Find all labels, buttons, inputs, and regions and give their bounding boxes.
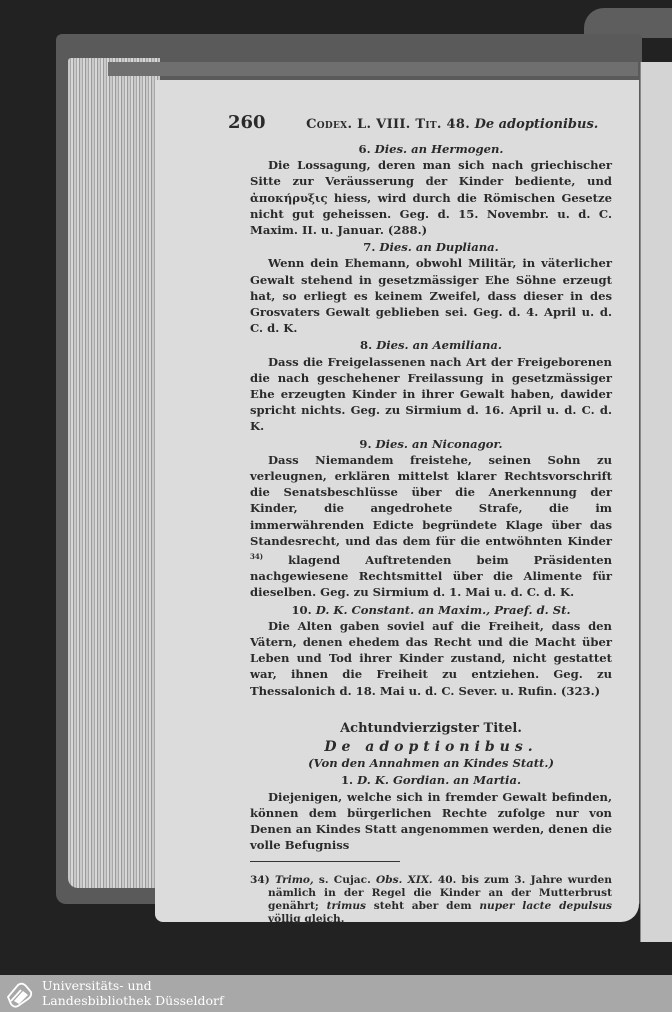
chapter-heading: Achtundvierzigster Titel.	[250, 721, 612, 737]
book-logo-icon	[4, 982, 34, 1008]
page-edges	[68, 58, 160, 888]
chapter-latin-title: De adoptionibus.	[250, 739, 612, 755]
chapter-first-text: Diejenigen, welche sich in fremder Gewal…	[250, 789, 612, 854]
rubric-7: 7. Dies. an Dupliana.	[250, 239, 612, 255]
section-6-text: Die Lossagung, deren man sich nach griec…	[250, 157, 612, 238]
rubric-10: 10. D. K. Constant. an Maxim., Praef. d.…	[250, 602, 612, 618]
section-8-text: Dass die Freigelassenen nach Art der Fre…	[250, 354, 612, 435]
rubric-8: 8. Dies. an Aemiliana.	[250, 337, 612, 353]
rubric-9: 9. Dies. an Niconagor.	[250, 436, 612, 452]
page-shadow	[108, 62, 638, 76]
rubric-6: 6. Dies. an Hermogen.	[250, 141, 612, 157]
footnote-reference: 34)	[250, 552, 263, 561]
section-9-text: Dass Niemandem freistehe, seinen Sohn zu…	[250, 452, 612, 601]
page-body: 6. Dies. an Hermogen. Die Lossagung, der…	[250, 140, 612, 937]
running-head-code: Codex. L. VIII. Tit. 48.	[306, 117, 470, 132]
footnote-divider	[250, 861, 400, 862]
institution-name: Universitäts- und Landesbibliothek Düsse…	[42, 978, 224, 1008]
rubric-1: 1. D. K. Gordian. an Martia.	[250, 772, 612, 788]
chapter-german-title: (Von den Annahmen an Kindes Statt.)	[250, 755, 612, 771]
section-7-text: Wenn dein Ehemann, obwohl Militär, in vä…	[250, 255, 612, 336]
section-10-text: Die Alten gaben soviel auf die Freiheit,…	[250, 618, 612, 699]
facing-page-edge	[640, 62, 672, 942]
running-head-title: De adoptionibus.	[475, 117, 599, 132]
footnote-34: 34) Trimo, s. Cujac. Obs. XIX. 40. bis z…	[250, 874, 612, 926]
page-number: 260	[228, 112, 266, 133]
running-head: 260 Codex. L. VIII. Tit. 48. De adoption…	[228, 112, 628, 133]
